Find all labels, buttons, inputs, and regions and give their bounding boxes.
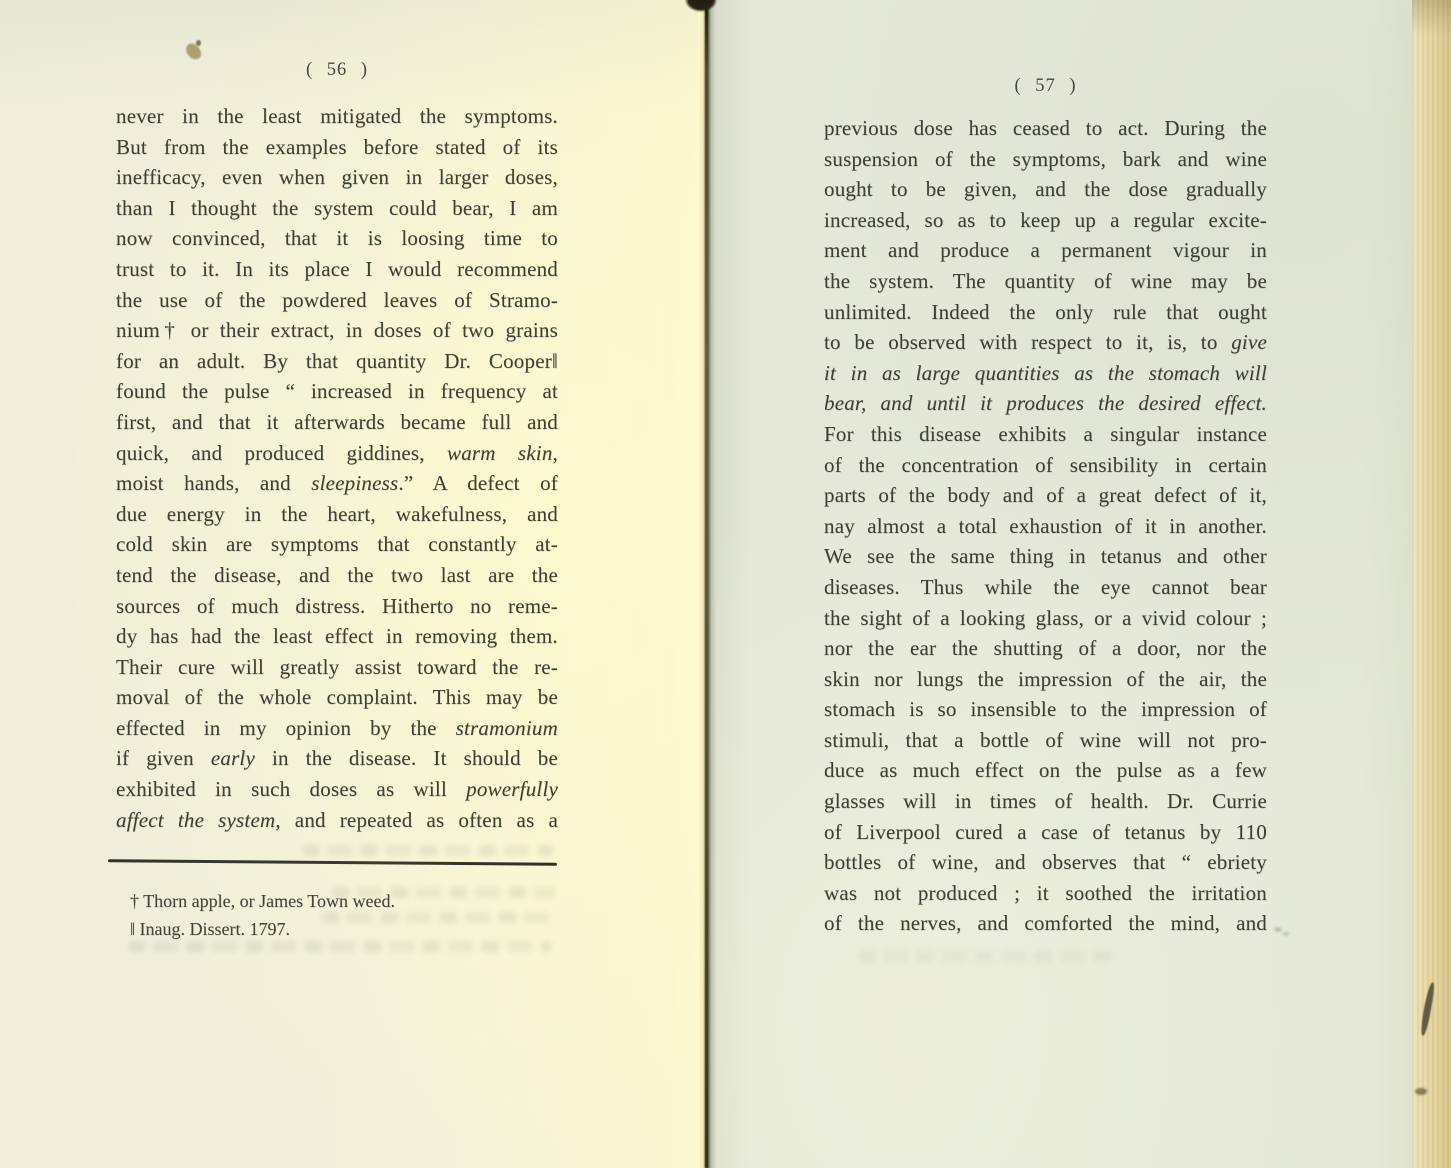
text-line: increased, so as to keep up a regular ex… (824, 205, 1267, 236)
text-line: glasses will in times of health. Dr. Cur… (824, 786, 1267, 817)
text-line: quick, and produced giddines, warm skin, (116, 438, 558, 469)
text-line: nay almost a total exhaustion of it in a… (824, 511, 1267, 542)
text-line: previous dose has ceased to act. During … (824, 113, 1267, 144)
book-scan: ( 56 ) ( 57 ) never in the least mitigat… (0, 0, 1451, 1168)
fore-edge-mark (1415, 1088, 1427, 1095)
text-line: moval of the whole complaint. This may b… (116, 682, 558, 713)
bleed-through-smudge (332, 887, 556, 898)
text-line: dy has had the least effect in removing … (116, 621, 558, 652)
text-line: the system. The quantity of wine may be (824, 266, 1267, 297)
text-line: due energy in the heart, wakefulness, an… (116, 499, 558, 530)
spine-crease (705, 0, 708, 1168)
text-line: skin nor lungs the impression of the air… (824, 664, 1267, 695)
bleed-through-smudge (302, 845, 554, 856)
text-line: duce as much effect on the pulse as a fe… (824, 755, 1267, 786)
text-line: now convinced, that it is loosing time t… (116, 223, 558, 254)
text-line: cold skin are symptoms that constantly a… (116, 529, 558, 560)
text-line: it in as large quantities as the stomach… (824, 358, 1267, 389)
text-line: exhibited in such doses as will powerful… (116, 774, 558, 805)
text-line: ought to be given, and the dose graduall… (824, 174, 1267, 205)
text-line: never in the least mitigated the symptom… (116, 101, 558, 132)
text-line: stimuli, that a bottle of wine will not … (824, 725, 1267, 756)
text-line: ment and produce a permanent vigour in (824, 235, 1267, 266)
text-line: nium† or their extract, in doses of two … (116, 315, 558, 346)
text-line: of Liverpool cured a case of tetanus by … (824, 817, 1267, 848)
text-line: the sight of a looking glass, or a vivid… (824, 603, 1267, 634)
text-line: For this disease exhibits a singular ins… (824, 419, 1267, 450)
text-line: found the pulse “ increased in frequency… (116, 376, 558, 407)
text-line: diseases. Thus while the eye cannot bear (824, 572, 1267, 603)
text-line: the use of the powdered leaves of Stramo… (116, 285, 558, 316)
text-line: But from the examples before stated of i… (116, 132, 558, 163)
page-number-56: ( 56 ) (116, 60, 558, 81)
text-line: We see the same thing in tetanus and oth… (824, 541, 1267, 572)
page-56-text-block: never in the least mitigated the symptom… (116, 101, 558, 835)
text-line: tend the disease, and the two last are t… (116, 560, 558, 591)
text-line: if given early in the disease. It should… (116, 743, 558, 774)
text-line: unlimited. Indeed the only rule that oug… (824, 297, 1267, 328)
page-57-text-block: previous dose has ceased to act. During … (824, 113, 1267, 939)
page-number-57: ( 57 ) (824, 76, 1267, 97)
text-line: first, and that it afterwards became ful… (116, 407, 558, 438)
text-line: nor the ear the shutting of a door, nor … (824, 633, 1267, 664)
text-line: was not produced ; it soothed the irrita… (824, 878, 1267, 909)
text-line: for an adult. By that quantity Dr. Coope… (116, 346, 558, 377)
bleed-through-smudge (858, 951, 1120, 962)
text-line: to be observed with respect to it, is, t… (824, 327, 1267, 358)
text-line: parts of the body and of a great defect … (824, 480, 1267, 511)
spine-top-notch (682, 0, 720, 17)
text-line: bear, and until it produces the desired … (824, 388, 1267, 419)
text-line: suspension of the symptoms, bark and win… (824, 144, 1267, 175)
text-line: than I thought the system could bear, I … (116, 193, 558, 224)
ink-smudge-dot (196, 40, 201, 46)
text-line: effected in my opinion by the stramonium (116, 713, 558, 744)
text-line: inefficacy, even when given in larger do… (116, 162, 558, 193)
ink-fleck (1272, 924, 1292, 938)
text-line: sources of much distress. Hitherto no re… (116, 591, 558, 622)
text-line: affect the system, and repeated as often… (116, 805, 558, 836)
text-line: trust to it. In its place I would recomm… (116, 254, 558, 285)
text-line: Their cure will greatly assist toward th… (116, 652, 558, 683)
text-line: bottles of wine, and observes that “ ebr… (824, 847, 1267, 878)
text-line: of the nerves, and comforted the mind, a… (824, 908, 1267, 939)
text-line: of the concentration of sensibility in c… (824, 450, 1267, 481)
bleed-through-smudge (128, 941, 552, 952)
text-line: stomach is so insensible to the impressi… (824, 694, 1267, 725)
bleed-through-smudge (322, 912, 554, 923)
text-line: moist hands, and sleepiness.” A defect o… (116, 468, 558, 499)
